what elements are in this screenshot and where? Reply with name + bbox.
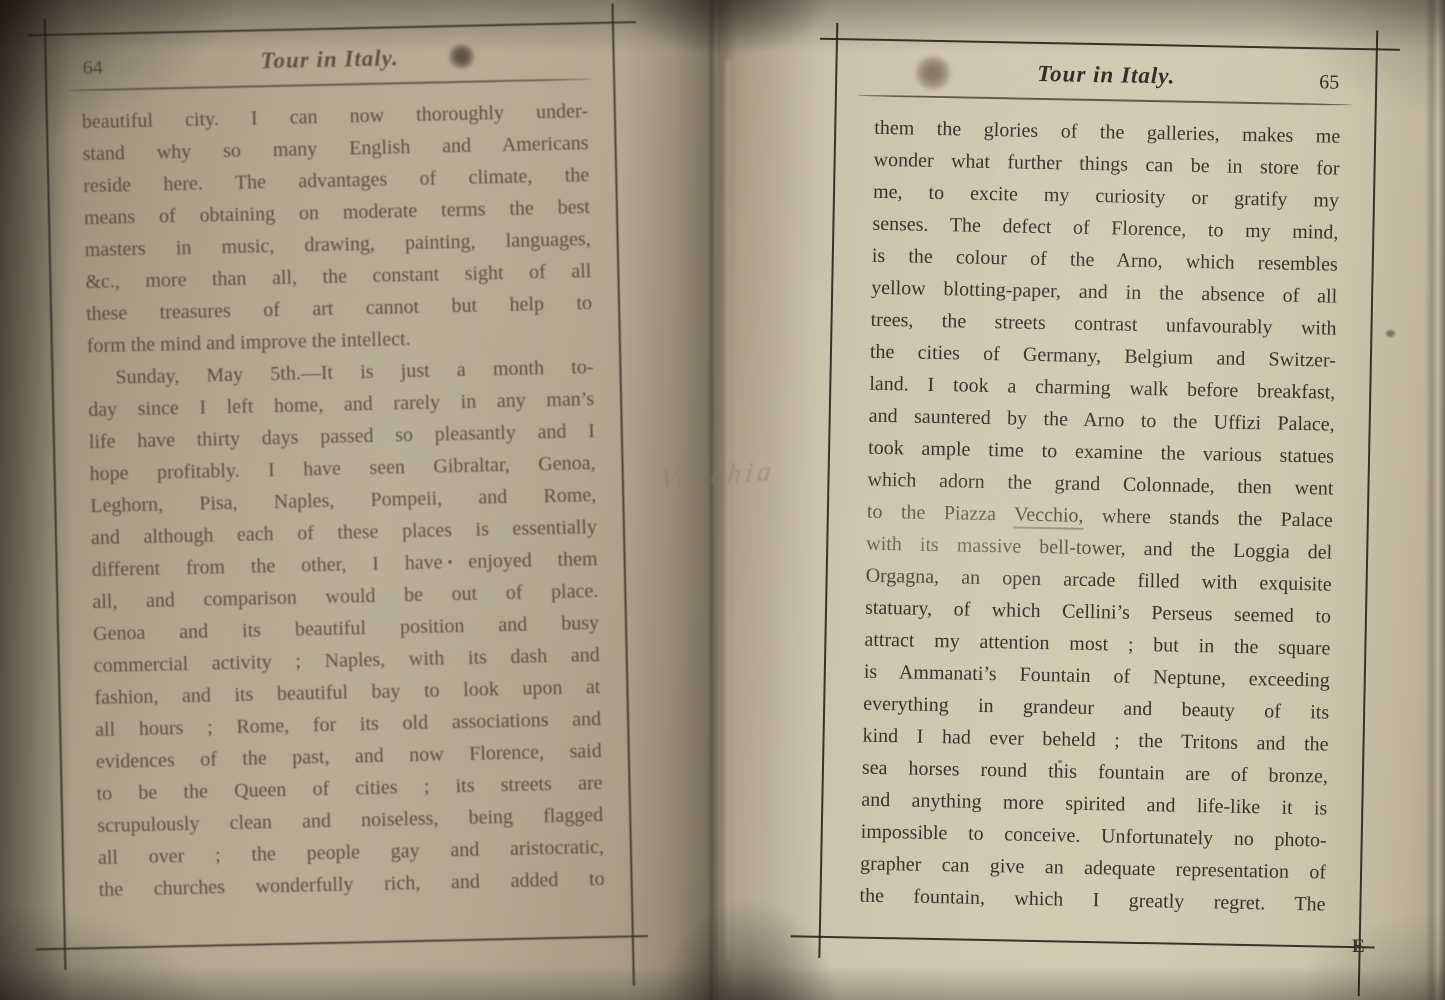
- running-title: Tour in Italy.: [835, 51, 1378, 93]
- page-header: 65 Tour in Italy.: [835, 51, 1378, 101]
- page-text: beautiful city. I can now thoroughly und…: [82, 95, 605, 906]
- signature-mark: E: [1352, 936, 1366, 958]
- right-page: 65 Tour in Italy. them the glories of th…: [819, 38, 1378, 948]
- left-page: 64 Tour in Italy. beautiful city. I can …: [44, 22, 634, 950]
- paper-speck: [1386, 330, 1395, 337]
- fore-edge: [1425, 0, 1445, 1000]
- pencil-underlined-word: Vecchio,: [1014, 504, 1084, 530]
- paper-speck: [1058, 760, 1062, 763]
- page-number: 64: [83, 57, 103, 80]
- book-gutter: [622, 0, 818, 1000]
- page-number: 65: [1319, 71, 1339, 94]
- paper-speck: [448, 560, 452, 564]
- page-text: them the glories of the galleries, makes…: [859, 112, 1340, 921]
- book-photo: 64 Tour in Italy. beautiful city. I can …: [0, 0, 1445, 1000]
- running-title: Tour in Italy.: [44, 35, 615, 79]
